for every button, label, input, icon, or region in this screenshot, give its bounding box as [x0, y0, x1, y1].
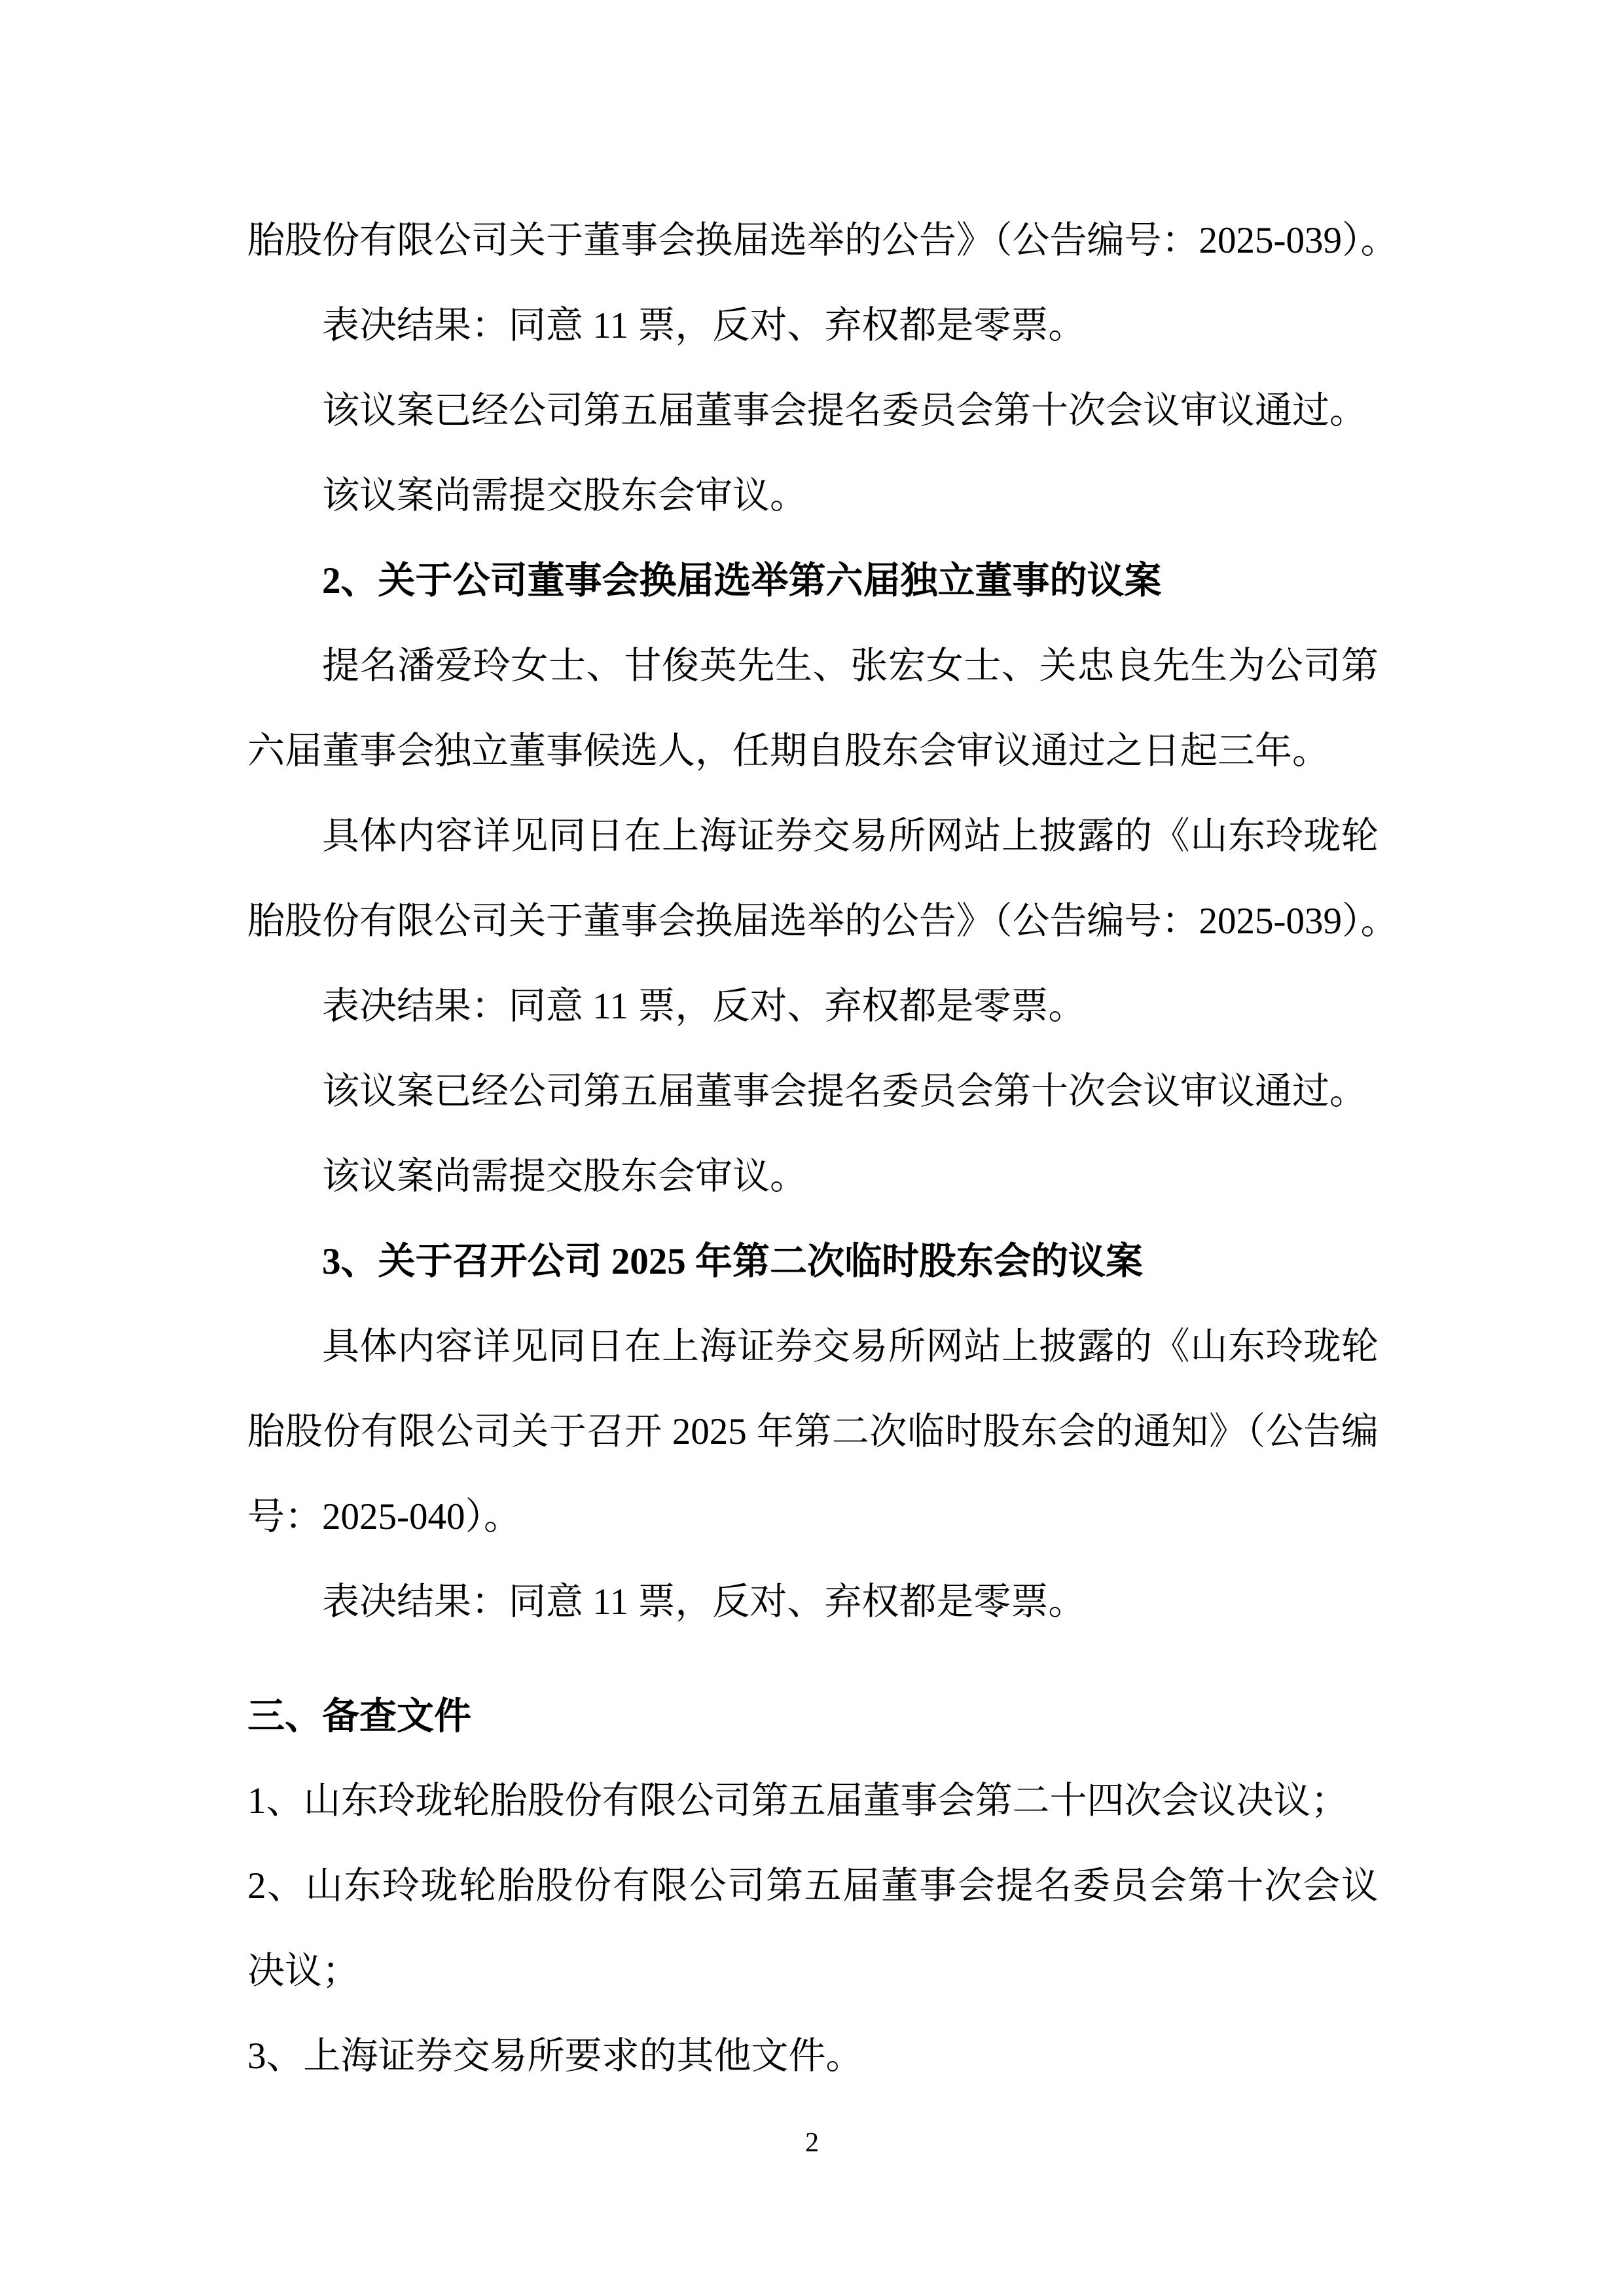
- disclosure-paragraph-line: 具体内容详见同日在上海证券交易所网站上披露的《山东玲珑轮: [247, 1304, 1379, 1390]
- page-number: 2: [0, 2127, 1624, 2159]
- nomination-paragraph-line: 六届董事会独立董事候选人，任期自股东会审议通过之日起三年。: [247, 709, 1379, 794]
- committee-review-line: 该议案已经公司第五届董事会提名委员会第十次会议审议通过。: [247, 368, 1379, 454]
- item-3-heading: 3、关于召开公司 2025 年第二次临时股东会的议案: [247, 1219, 1379, 1304]
- vote-result-line: 表决结果：同意 11 票，反对、弃权都是零票。: [247, 964, 1379, 1049]
- shareholder-submission-line: 该议案尚需提交股东会审议。: [247, 1134, 1379, 1219]
- disclosure-paragraph-line: 号：2025-040）。: [247, 1475, 1379, 1560]
- vote-result-line: 表决结果：同意 11 票，反对、弃权都是零票。: [247, 283, 1379, 368]
- disclosure-paragraph-line: 胎股份有限公司关于董事会换届选举的公告》（公告编号：2025-039）。: [247, 879, 1379, 964]
- vote-result-line: 表决结果：同意 11 票，反对、弃权都是零票。: [247, 1560, 1379, 1645]
- committee-review-line: 该议案已经公司第五届董事会提名委员会第十次会议审议通过。: [247, 1049, 1379, 1134]
- disclosure-paragraph-line: 胎股份有限公司关于召开 2025 年第二次临时股东会的通知》（公告编: [247, 1390, 1379, 1475]
- document-body: 胎股份有限公司关于董事会换届选举的公告》（公告编号：2025-039）。 表决结…: [247, 198, 1379, 2099]
- reference-document-item-1: 1、山东玲珑轮胎股份有限公司第五届董事会第二十四次会议决议；: [247, 1759, 1379, 1844]
- shareholder-submission-line: 该议案尚需提交股东会审议。: [247, 454, 1379, 539]
- nomination-paragraph-line: 提名潘爱玲女士、甘俊英先生、张宏女士、关忠良先生为公司第: [247, 624, 1379, 709]
- document-page: 胎股份有限公司关于董事会换届选举的公告》（公告编号：2025-039）。 表决结…: [0, 0, 1624, 2296]
- disclosure-paragraph-line: 具体内容详见同日在上海证券交易所网站上披露的《山东玲珑轮: [247, 794, 1379, 879]
- reference-document-item-2: 2、山东玲珑轮胎股份有限公司第五届董事会提名委员会第十次会议: [247, 1844, 1379, 1929]
- section-3-heading: 三、备查文件: [247, 1674, 1379, 1759]
- reference-document-item-2-continuation: 决议；: [247, 1929, 1379, 2014]
- reference-document-item-3: 3、上海证券交易所要求的其他文件。: [247, 2014, 1379, 2099]
- paragraph-continuation-line: 胎股份有限公司关于董事会换届选举的公告》（公告编号：2025-039）。: [247, 198, 1379, 283]
- item-2-heading: 2、关于公司董事会换届选举第六届独立董事的议案: [247, 539, 1379, 624]
